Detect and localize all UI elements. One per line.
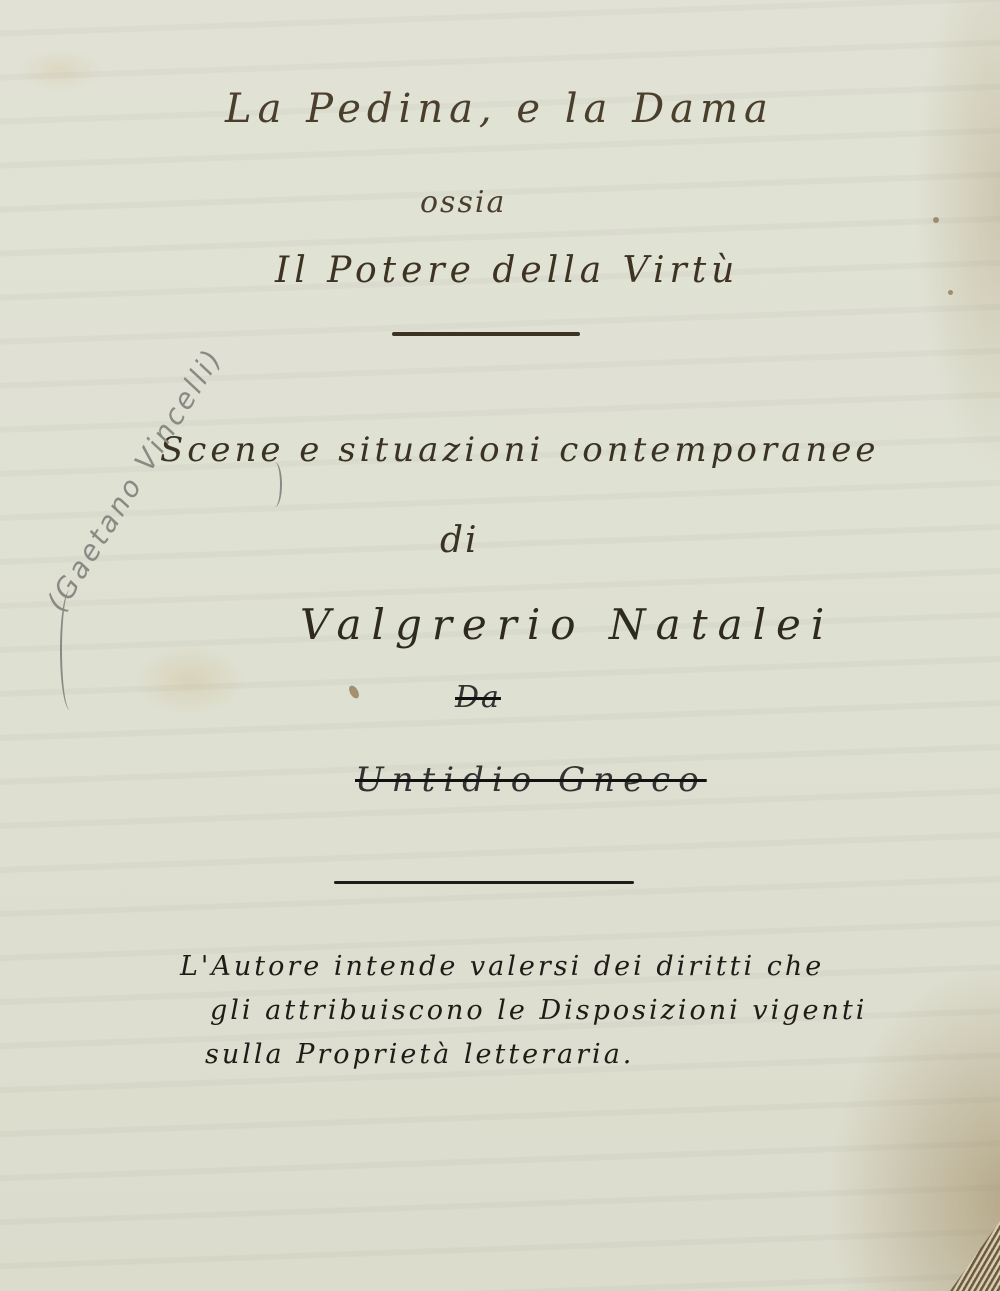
author-pseudonym: Valgrerio Natalei bbox=[300, 600, 834, 649]
page-corner-edges bbox=[950, 1221, 1000, 1291]
struck-name: Untidio Gneco bbox=[355, 760, 707, 800]
pencil-parenthesis-right bbox=[268, 462, 282, 507]
by-line: di bbox=[440, 520, 479, 561]
foxing-spot bbox=[933, 217, 939, 223]
rights-note: L'Autore intende valersi dei diritti che… bbox=[180, 945, 867, 1077]
foxing-spot bbox=[948, 290, 953, 295]
manuscript-page: La Pedina, e la Dama ossia Il Potere del… bbox=[0, 0, 1000, 1291]
document-subtitle: Il Potere della Virtù bbox=[275, 250, 739, 291]
section-divider bbox=[334, 881, 634, 884]
pencil-author-annotation: (Gaetano Vincelli) bbox=[40, 342, 229, 618]
rights-note-line-2: gli attribuiscono le Disposizioni vigent… bbox=[180, 989, 867, 1033]
document-title: La Pedina, e la Dama bbox=[225, 86, 774, 132]
rights-note-line-1: L'Autore intende valersi dei diritti che bbox=[180, 945, 867, 989]
struck-da: Da bbox=[455, 680, 501, 715]
title-divider bbox=[392, 332, 580, 336]
ink-stain bbox=[347, 684, 361, 700]
title-connector: ossia bbox=[420, 185, 506, 220]
rights-note-line-3: sulla Proprietà letteraria. bbox=[180, 1033, 867, 1077]
